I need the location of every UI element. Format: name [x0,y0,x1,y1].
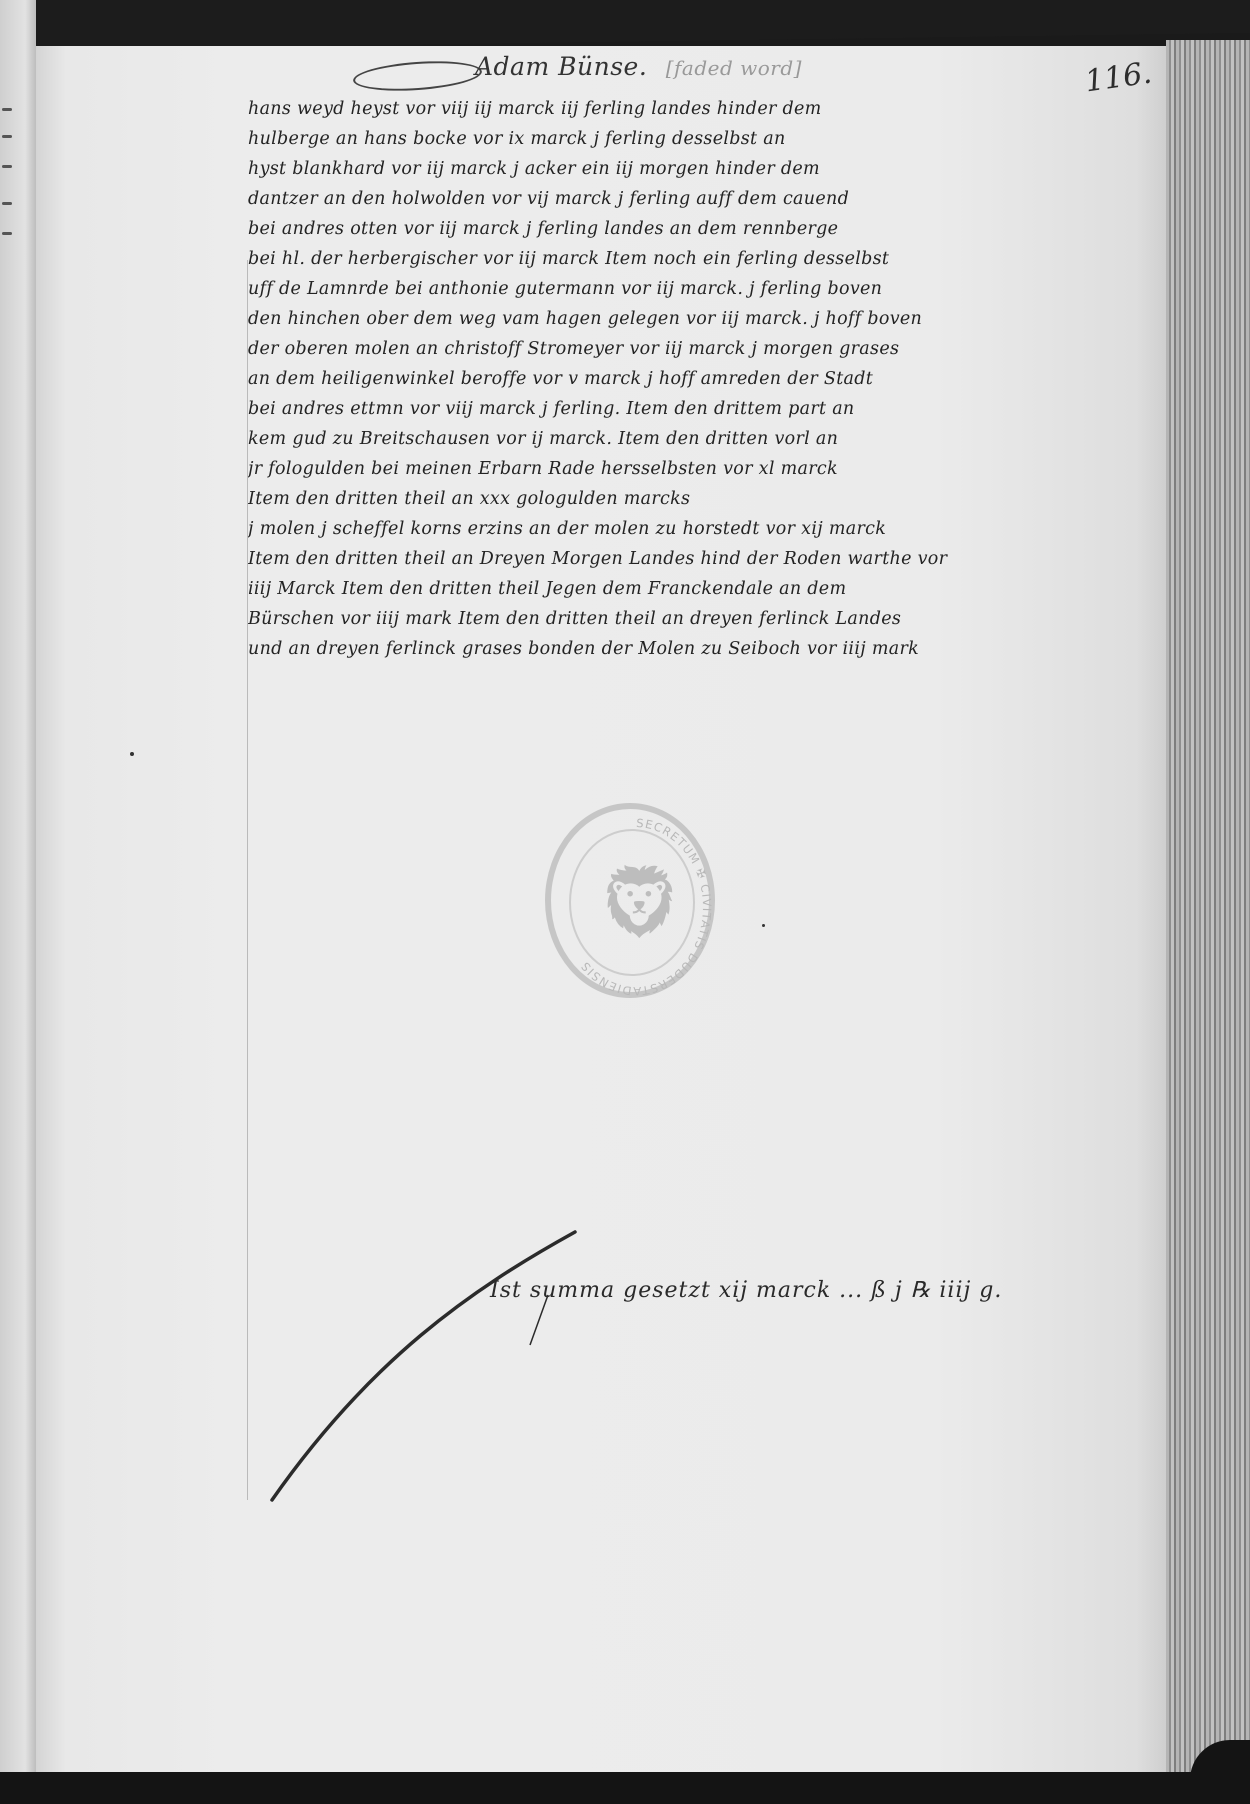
scan-frame: Adam Bünse. [faded word] 116. hans weyd … [0,0,1250,1804]
ink-spot [762,924,765,927]
ink-spot [130,752,134,756]
closing-summary-line: Ist summa gesetzt xij marck ... ß j ℞ ii… [490,1278,1002,1303]
signature-flourish [0,0,1250,1804]
